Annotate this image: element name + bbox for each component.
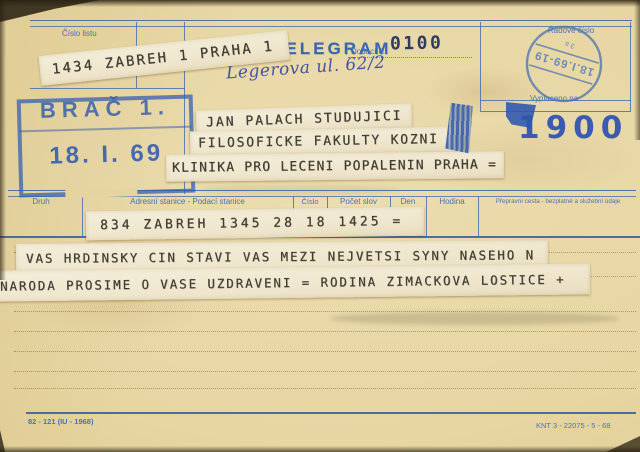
message-line-text: VAS HRDINSKY CIN STAVI VAS MEZI NEJVETSI… bbox=[16, 247, 535, 266]
office-stamp-text: BRAČ 1. bbox=[21, 94, 190, 125]
column-header-den: Den bbox=[390, 197, 426, 206]
photo-edge bbox=[0, 430, 26, 452]
telegram-form: Číslo listu TELEGRAM Dodací č. Řadové čí… bbox=[0, 0, 640, 452]
ruled-line bbox=[14, 388, 636, 389]
footer-line bbox=[26, 412, 636, 414]
recipient-strip: KLINIKA PRO LECENI POPALENIN PRAHA = bbox=[166, 151, 504, 182]
column-header-cislo: Číslo bbox=[291, 197, 329, 206]
ruled-line bbox=[14, 311, 636, 312]
office-date-stamp: BRAČ 1. 18. I. 69 bbox=[17, 95, 196, 198]
ink-blot bbox=[506, 102, 536, 128]
column-header-stanice: Adresní stanice - Podací stanice bbox=[82, 197, 293, 206]
ruled-line bbox=[14, 331, 636, 332]
imprint-right: KNT 3 - 22075 - 5 - 68 bbox=[536, 421, 610, 430]
ink-blot bbox=[445, 103, 473, 154]
photo-edge bbox=[0, 446, 640, 452]
message-strip: NARODA PROSIME O VASE UZDRAVENI = RODINA… bbox=[0, 263, 590, 301]
imprint-left: 82 - 121 (IU - 1968) bbox=[28, 417, 93, 426]
service-line-strip: 834 ZABREH 1345 28 18 1425 = bbox=[86, 207, 424, 241]
recipient-line-text: KLINIKA PRO LECENI POPALENIN PRAHA = bbox=[166, 157, 497, 175]
column-header-druh: Druh bbox=[0, 197, 82, 206]
cislo-listu-label: Číslo listu bbox=[62, 29, 97, 38]
grid-line bbox=[480, 22, 481, 111]
grid-line bbox=[630, 22, 631, 111]
photo-edge bbox=[634, 0, 640, 140]
photo-edge bbox=[606, 436, 640, 452]
photo-edge bbox=[0, 0, 640, 7]
ruled-line bbox=[14, 351, 636, 352]
grid-line bbox=[30, 88, 185, 89]
column-header-prepravni: Přepravní cesta - bezplatné a služební ú… bbox=[478, 198, 638, 205]
recipient-line-text: FILOSOFICKE FAKULTY KOZNI bbox=[190, 132, 439, 151]
service-line-text: 834 ZABREH 1345 28 18 1425 = bbox=[86, 214, 403, 233]
column-header-pocet-slov: Počet slov bbox=[327, 197, 390, 206]
message-line-text: NARODA PROSIME O VASE UZDRAVENI = RODINA… bbox=[0, 272, 566, 294]
time-stamp-1900: 1900 bbox=[518, 110, 628, 146]
postmark-small-text: 3 a bbox=[564, 40, 575, 50]
column-header-hodina: Hodina bbox=[426, 197, 478, 206]
stamp-inner-line bbox=[20, 126, 192, 133]
circular-postmark: 18.I.69-19 3 a bbox=[522, 22, 606, 106]
delivery-number-stamp: 0100 bbox=[390, 33, 444, 55]
paper-smudge bbox=[330, 312, 620, 325]
photo-edge bbox=[0, 0, 100, 22]
ruled-line bbox=[14, 371, 636, 372]
